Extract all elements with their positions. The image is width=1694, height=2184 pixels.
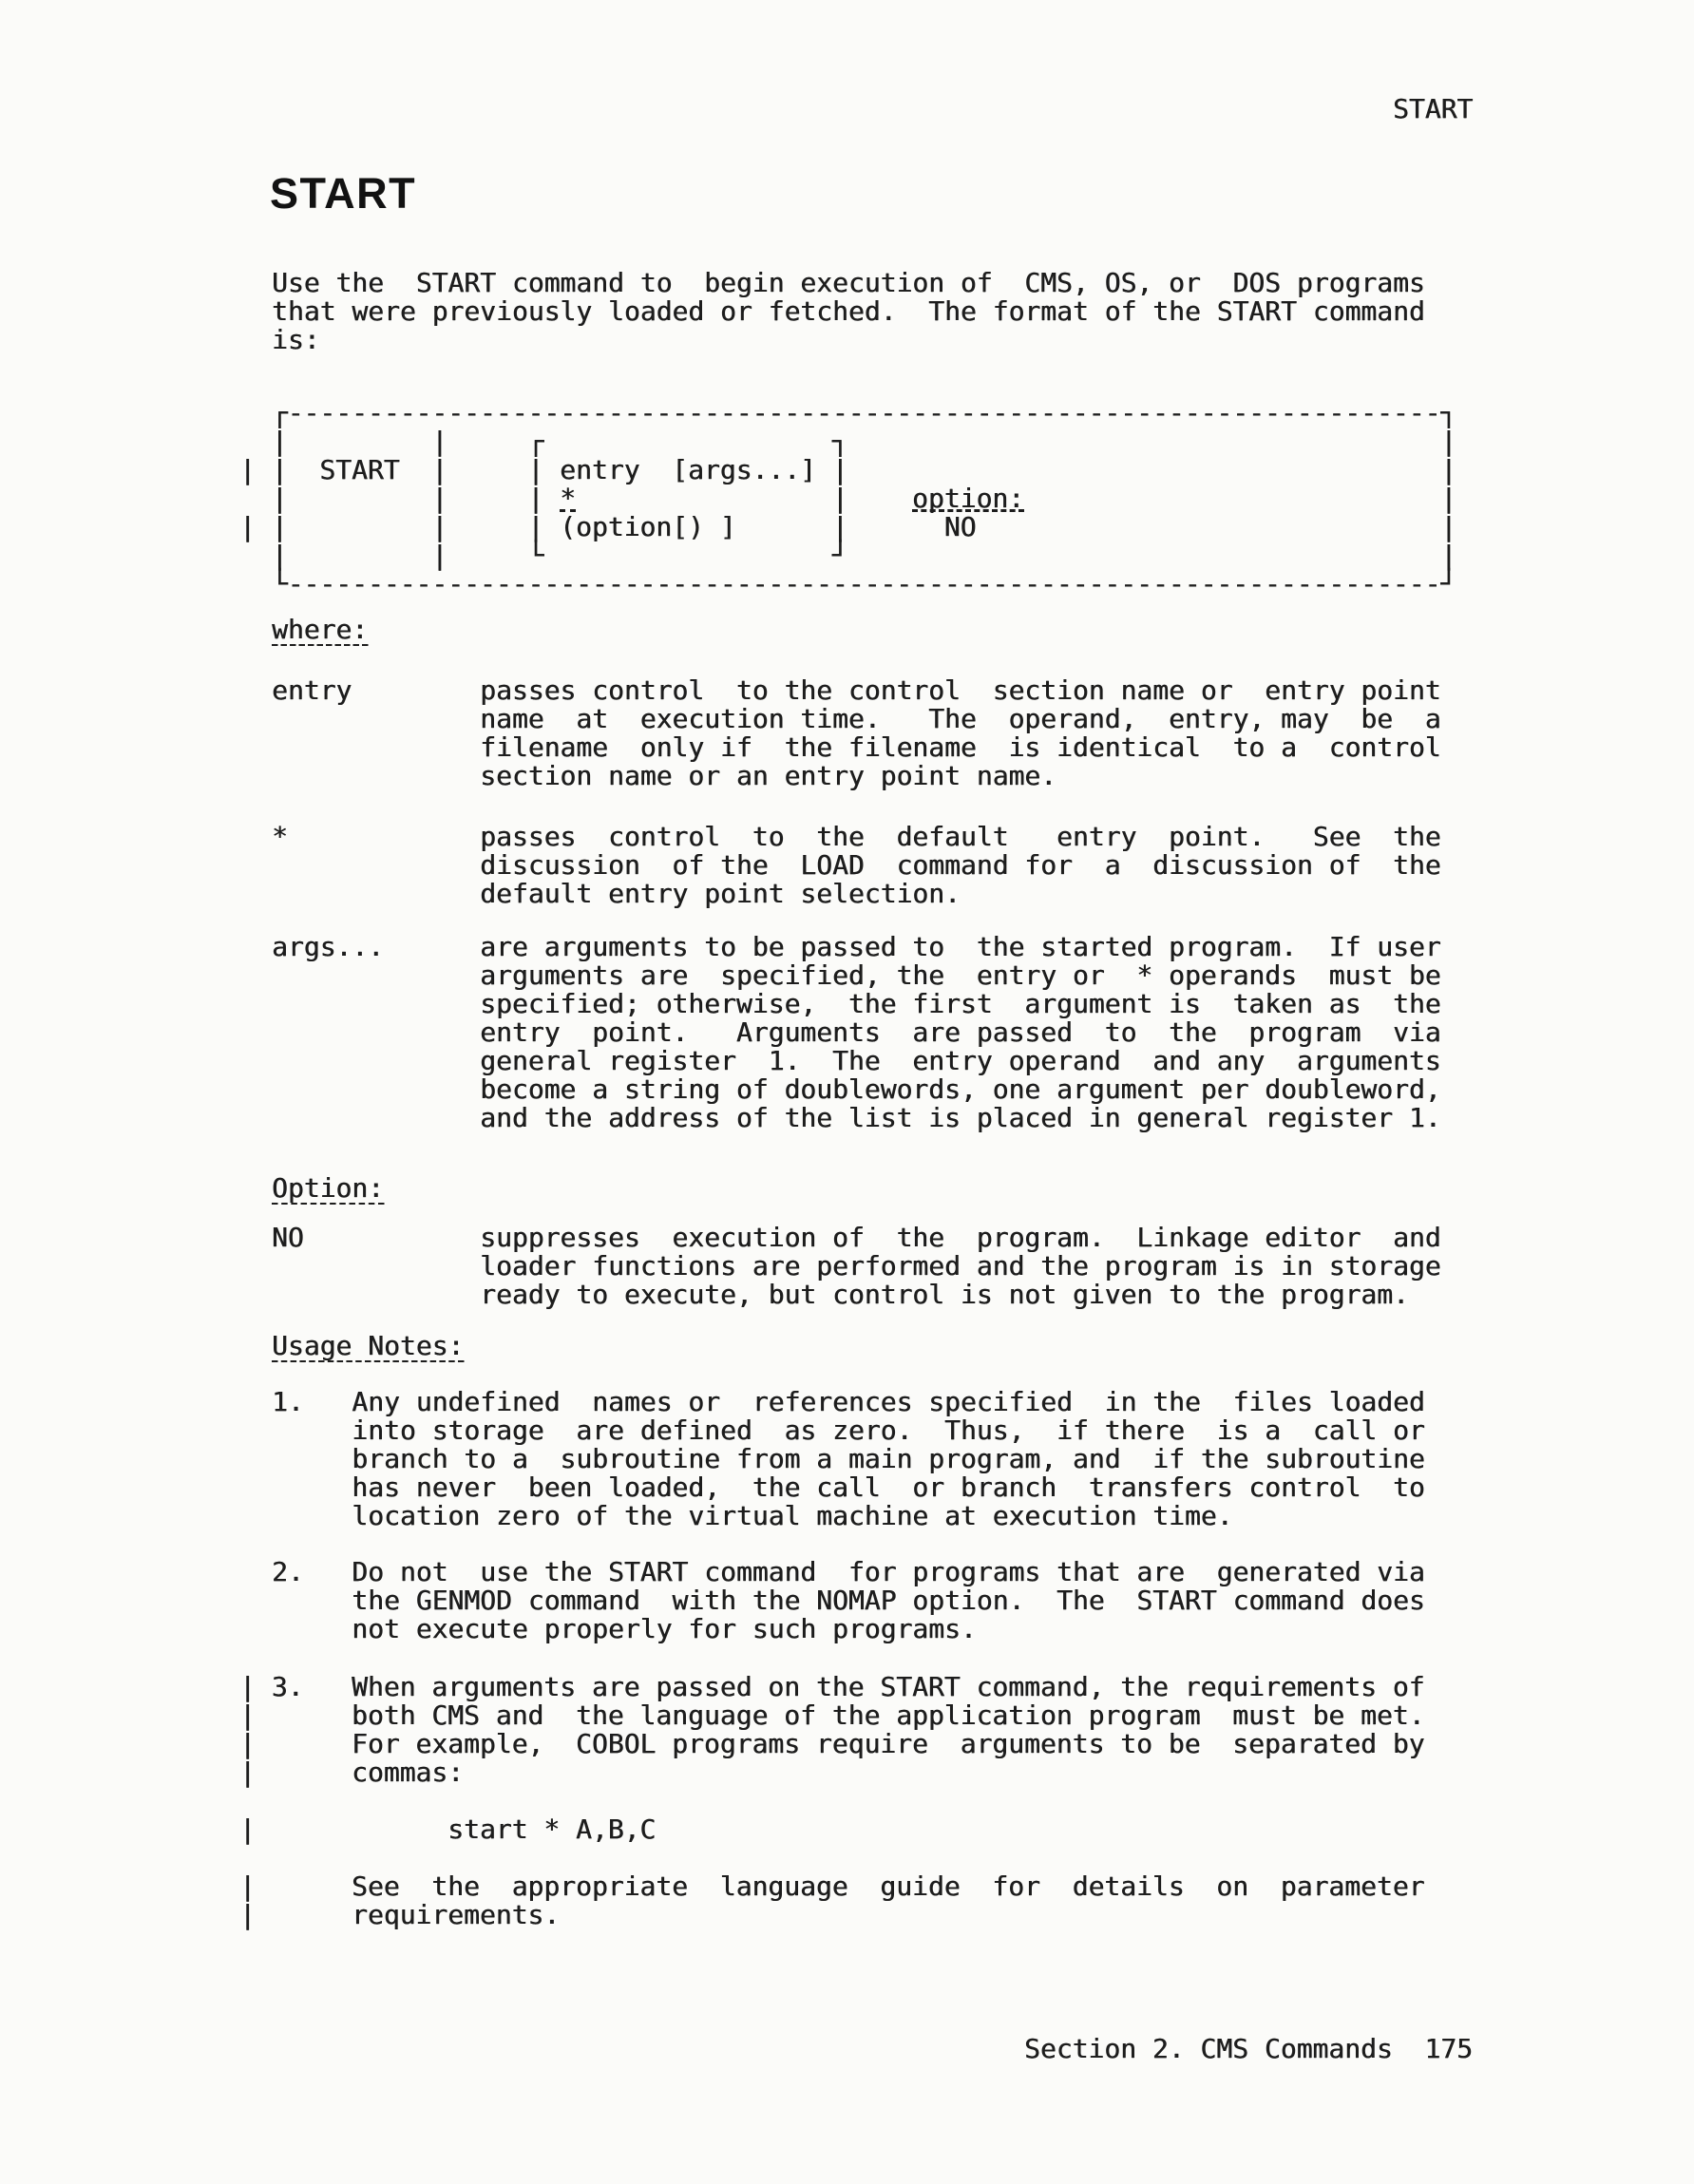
usage-notes-heading: Usage Notes:: [272, 1332, 464, 1360]
entry-definition: entry passes control to the control sect…: [272, 676, 1441, 790]
usage-note-2: 2. Do not use the START command for prog…: [272, 1558, 1425, 1643]
intro-paragraph: Use the START command to begin execution…: [272, 269, 1425, 354]
star-default-underline: [560, 509, 576, 512]
option-label-underline: [912, 509, 1024, 512]
closing-paragraph: | See the appropriate language guide for…: [239, 1872, 1424, 1929]
syntax-box: ┌---------------------------------------…: [239, 399, 1456, 598]
scanned-manual-page: START START Use the START command to beg…: [0, 0, 1694, 2184]
usage-note-3: | 3. When arguments are passed on the ST…: [239, 1673, 1424, 1787]
page-footer: Section 2. CMS Commands 175: [1024, 2035, 1473, 2063]
args-definition: args... are arguments to be passed to th…: [272, 933, 1441, 1132]
option-heading: Option:: [272, 1174, 384, 1203]
star-definition: * passes control to the default entry po…: [272, 823, 1441, 908]
where-heading: where:: [272, 616, 368, 644]
usage-note-1: 1. Any undefined names or references spe…: [272, 1388, 1425, 1530]
no-option-definition: NO suppresses execution of the program. …: [272, 1224, 1441, 1309]
example-command: | start * A,B,C: [239, 1815, 656, 1844]
running-head: START: [1393, 95, 1473, 123]
page-title: START: [270, 172, 416, 216]
